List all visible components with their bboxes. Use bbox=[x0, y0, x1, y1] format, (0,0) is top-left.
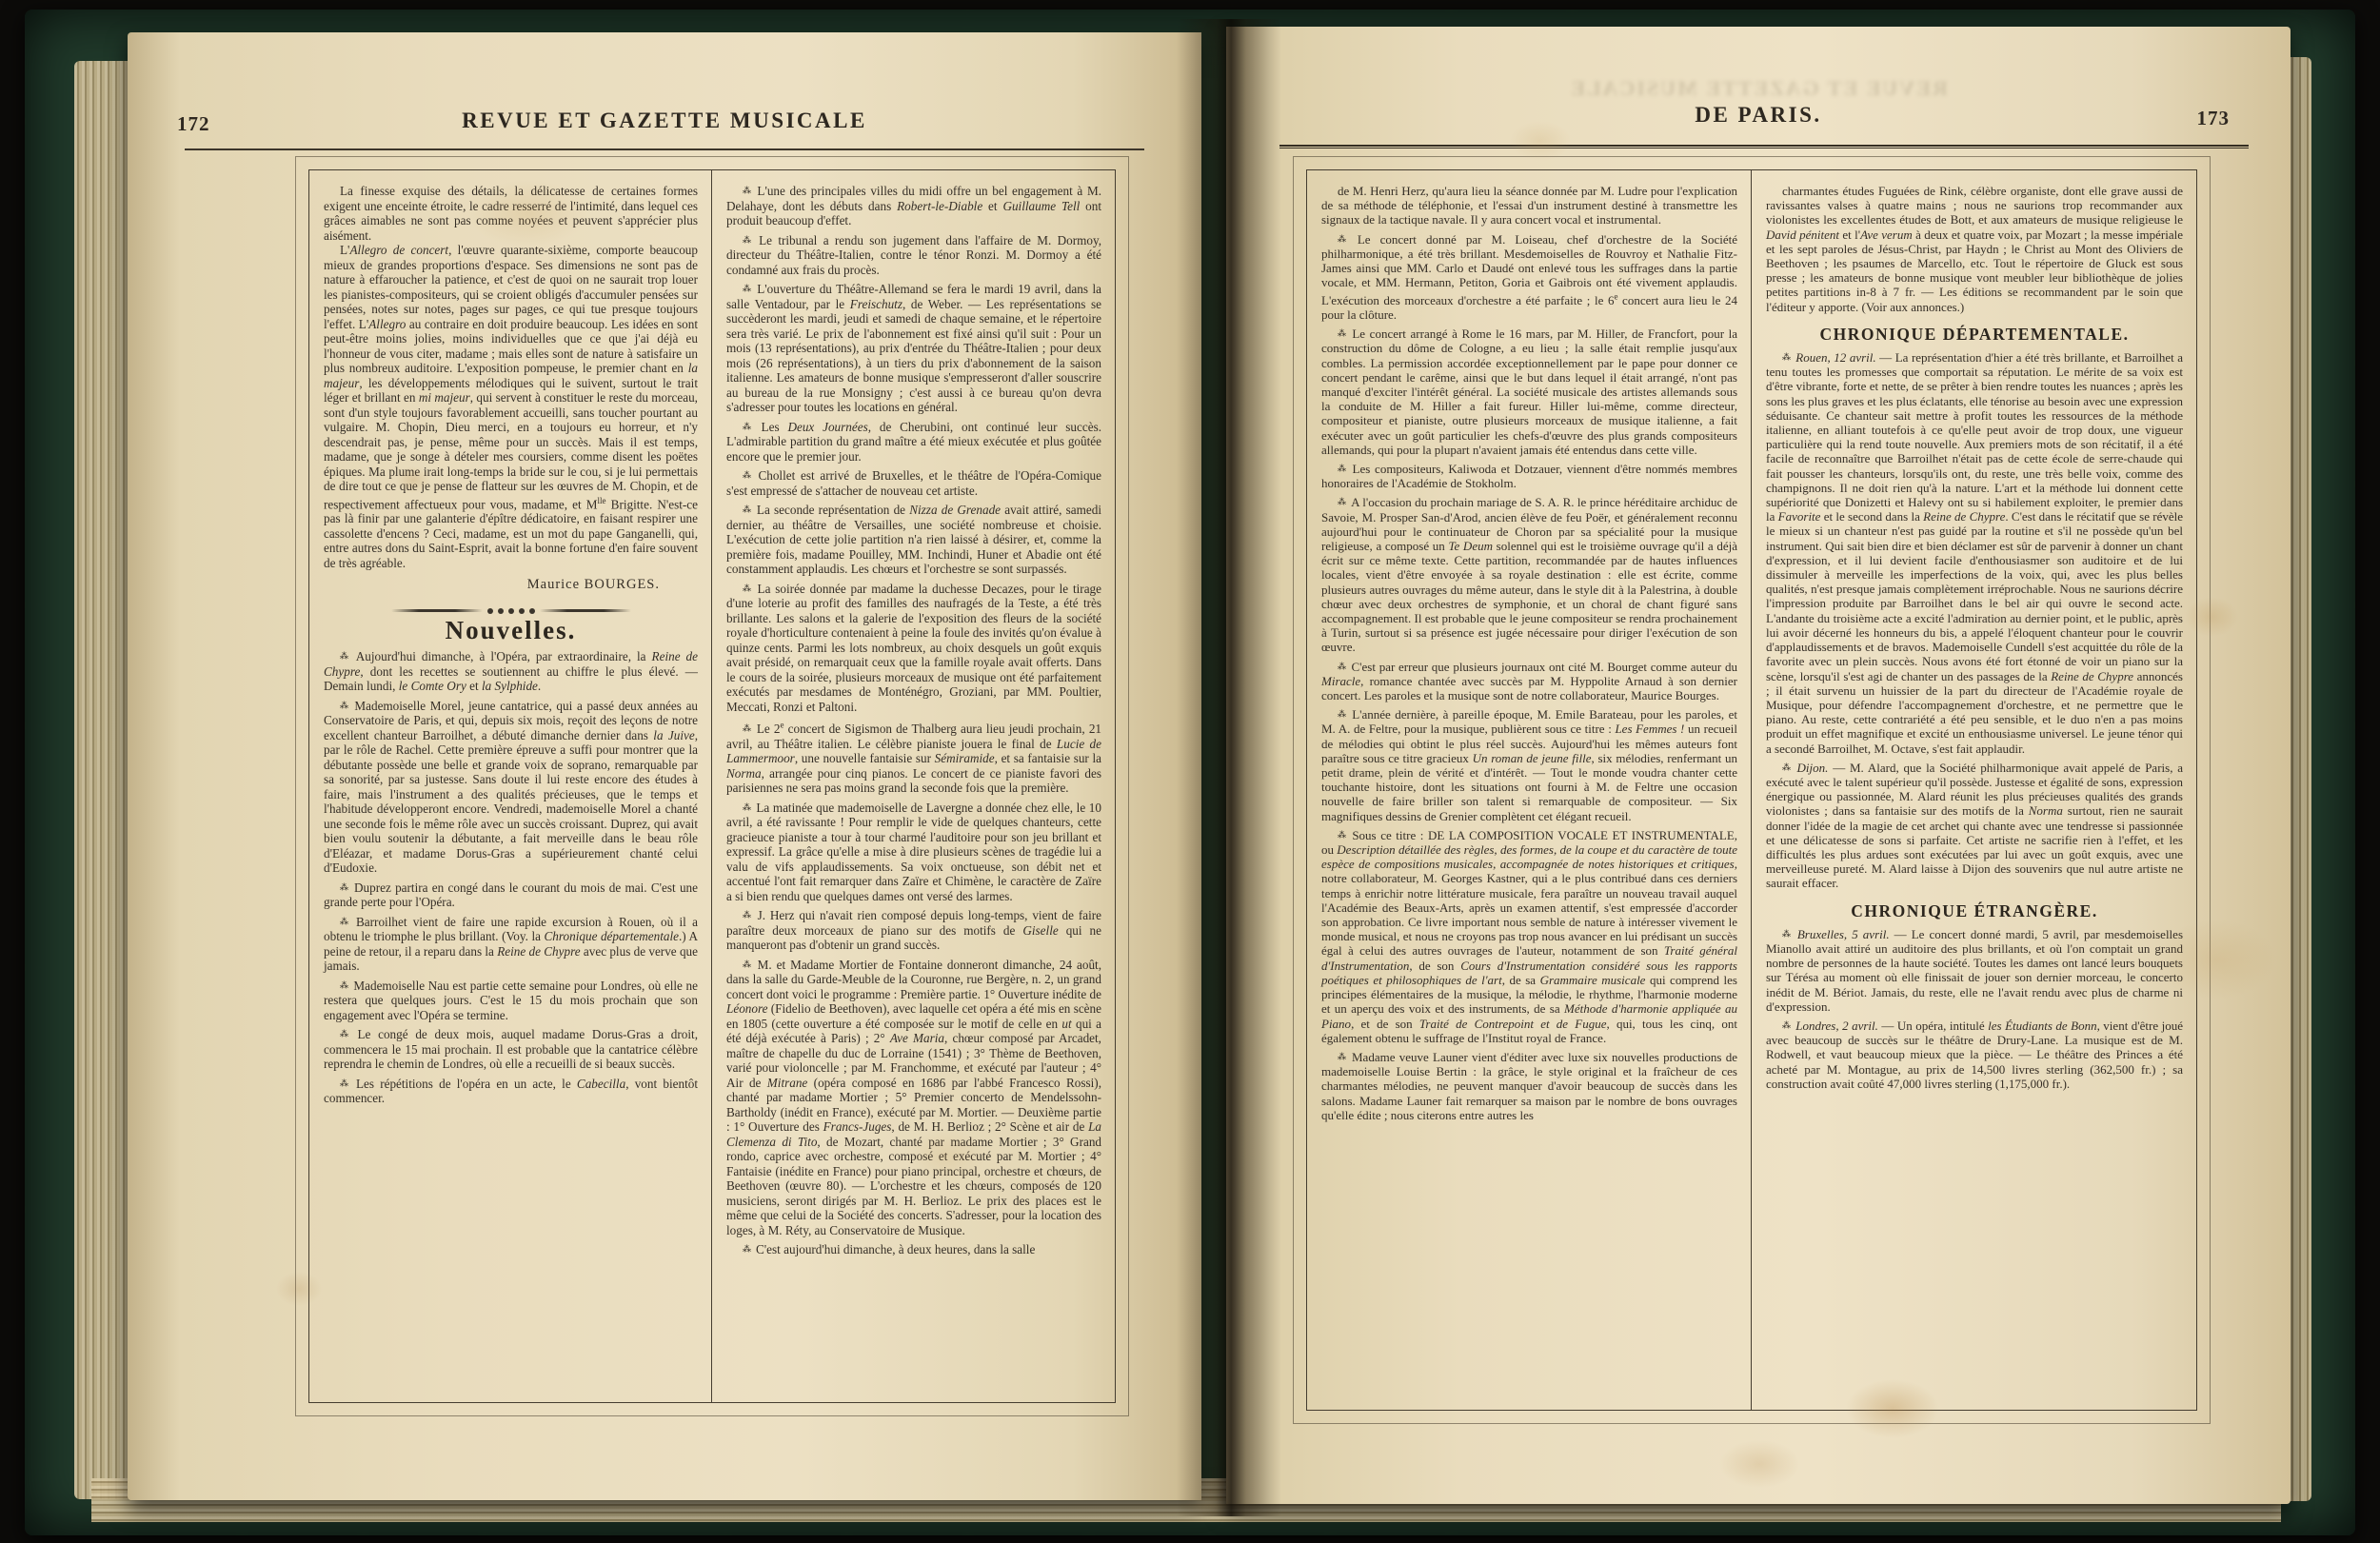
ornament-dot bbox=[498, 608, 504, 614]
news-item: ⁂Le 2e concert de Sigismon de Thalberg a… bbox=[726, 719, 1101, 796]
chronicle-item: ⁂Rouen, 12 avril. — La représentation d'… bbox=[1766, 350, 2183, 756]
news-item: ⁂C'est aujourd'hui dimanche, à deux heur… bbox=[726, 1242, 1101, 1257]
news-item-text: Le tribunal a rendu son jugement dans l'… bbox=[726, 233, 1101, 277]
right-text-frame: de M. Henri Herz, qu'aura lieu la séance… bbox=[1306, 169, 2197, 1411]
asterism-mark: ⁂ bbox=[743, 186, 753, 195]
asterism-mark: ⁂ bbox=[1782, 352, 1792, 362]
news-item: ⁂A l'occasion du prochain mariage de S. … bbox=[1321, 495, 1737, 654]
news-item-text: L'ouverture du Théâtre-Allemand se fera … bbox=[726, 282, 1101, 414]
left-column-2: ⁂L'une des principales villes du midi of… bbox=[712, 170, 1115, 1402]
right-page-header: REVUE ET GAZETTE MUSICALE DE PARIS. 173 bbox=[1226, 27, 2291, 139]
header-rule-right bbox=[1279, 145, 2249, 148]
news-item-text: Madame veuve Launer vient d'éditer avec … bbox=[1321, 1050, 1737, 1122]
asterism-mark: ⁂ bbox=[340, 917, 352, 926]
asterism-mark: ⁂ bbox=[1338, 328, 1348, 338]
asterism-mark: ⁂ bbox=[1782, 762, 1794, 772]
asterism-mark: ⁂ bbox=[743, 1244, 752, 1254]
asterism-mark: ⁂ bbox=[743, 723, 753, 733]
article-signature: Maurice BOURGES. bbox=[324, 578, 660, 593]
news-item-text: Barroilhet vient de faire une rapide exc… bbox=[324, 915, 698, 974]
ornament-bar bbox=[540, 609, 631, 612]
ornament-dot bbox=[487, 608, 493, 614]
news-item: ⁂M. et Madame Mortier de Fontaine donner… bbox=[726, 958, 1101, 1238]
asterism-mark: ⁂ bbox=[340, 980, 349, 990]
running-title-left: REVUE ET GAZETTE MUSICALE bbox=[128, 109, 1201, 133]
news-item-text: Le concert arrangé à Rome le 16 mars, pa… bbox=[1321, 326, 1737, 457]
asterism-mark: ⁂ bbox=[1338, 497, 1347, 506]
news-item-text: Aujourd'hui dimanche, à l'Opéra, par ext… bbox=[324, 649, 698, 693]
asterism-mark: ⁂ bbox=[743, 504, 753, 514]
news-item: ⁂Mademoiselle Nau est partie cette semai… bbox=[324, 979, 698, 1023]
chronicle-item-text: Londres, 2 avril. — Un opéra, intitulé l… bbox=[1766, 1019, 2183, 1091]
news-item: ⁂La seconde représentation de Nizza de G… bbox=[726, 503, 1101, 577]
ornament-dot bbox=[529, 608, 535, 614]
news-item-text: Mademoiselle Nau est partie cette semain… bbox=[324, 979, 698, 1022]
asterism-mark: ⁂ bbox=[743, 910, 754, 920]
chronique-etrangere-heading: CHRONIQUE ÉTRANGÈRE. bbox=[1766, 904, 2183, 919]
chronicle-item-text: Rouen, 12 avril. — La représentation d'h… bbox=[1766, 350, 2183, 755]
article-paragraph: La finesse exquise des détails, la délic… bbox=[324, 184, 698, 243]
article-paragraph: L'Allegro de concert, l'œuvre quarante-s… bbox=[324, 243, 698, 570]
asterism-mark: ⁂ bbox=[1782, 1020, 1792, 1030]
news-item-text: La seconde représentation de Nizza de Gr… bbox=[726, 503, 1101, 576]
running-title-right: DE PARIS. bbox=[1226, 103, 2291, 128]
asterism-mark: ⁂ bbox=[340, 1078, 352, 1088]
news-item: ⁂Duprez partira en congé dans le courant… bbox=[324, 880, 698, 910]
news-item: ⁂Chollet est arrivé de Bruxelles, et le … bbox=[726, 468, 1101, 498]
section-divider-ornament bbox=[324, 608, 698, 614]
chronicle-item-text: Dijon. — M. Alard, que la Société philha… bbox=[1766, 761, 2183, 891]
asterism-mark: ⁂ bbox=[1338, 709, 1348, 719]
asterism-mark: ⁂ bbox=[1338, 662, 1348, 671]
chronique-departementale-heading: CHRONIQUE DÉPARTEMENTALE. bbox=[1766, 327, 2183, 342]
news-item-text: J. Herz qui n'avait rien composé depuis … bbox=[726, 908, 1101, 952]
ornament-dot bbox=[508, 608, 514, 614]
chronicle-item-text: Bruxelles, 5 avril. — Le concert donné m… bbox=[1766, 927, 2183, 1014]
left-column-1: La finesse exquise des détails, la délic… bbox=[309, 170, 712, 1402]
asterism-mark: ⁂ bbox=[1338, 234, 1354, 244]
ornament-bar bbox=[391, 609, 483, 612]
right-column-2: charmantes études Fuguées de Rink, célèb… bbox=[1752, 170, 2196, 1410]
asterism-mark: ⁂ bbox=[340, 651, 352, 661]
news-item: ⁂L'année dernière, à pareille époque, M.… bbox=[1321, 707, 1737, 823]
continuation-paragraph: de M. Henri Herz, qu'aura lieu la séance… bbox=[1321, 184, 1737, 227]
news-item-text: Sous ce titre : DE LA COMPOSITION VOCALE… bbox=[1321, 828, 1737, 1045]
bleed-through-ghost-text: REVUE ET GAZETTE MUSICALE bbox=[1226, 76, 2291, 101]
continuation-paragraph: charmantes études Fuguées de Rink, célèb… bbox=[1766, 184, 2183, 314]
news-item-text: La matinée que mademoiselle de Lavergne … bbox=[726, 801, 1101, 903]
asterism-mark: ⁂ bbox=[743, 284, 753, 293]
news-item: ⁂Aujourd'hui dimanche, à l'Opéra, par ex… bbox=[324, 649, 698, 694]
news-item-text: M. et Madame Mortier de Fontaine donnero… bbox=[726, 958, 1101, 1237]
page-number-right: 173 bbox=[2197, 107, 2231, 130]
news-item: ⁂Barroilhet vient de faire une rapide ex… bbox=[324, 915, 698, 974]
news-item-text: Les compositeurs, Kaliwoda et Dotzauer, … bbox=[1321, 462, 1737, 490]
news-item: ⁂Les répétitions de l'opéra en un acte, … bbox=[324, 1077, 698, 1106]
news-item: ⁂Le concert donné par M. Loiseau, chef d… bbox=[1321, 232, 1737, 323]
news-item-text: Le 2e concert de Sigismon de Thalberg au… bbox=[726, 722, 1101, 795]
left-text-frame: La finesse exquise des détails, la délic… bbox=[308, 169, 1116, 1403]
news-item: ⁂L'une des principales villes du midi of… bbox=[726, 184, 1101, 228]
news-item: ⁂La soirée donnée par madame la duchesse… bbox=[726, 582, 1101, 715]
chronicle-item: ⁂Londres, 2 avril. — Un opéra, intitulé … bbox=[1766, 1019, 2183, 1091]
news-item-text: La soirée donnée par madame la duchesse … bbox=[726, 582, 1101, 714]
news-item: ⁂Le congé de deux mois, auquel madame Do… bbox=[324, 1027, 698, 1072]
asterism-mark: ⁂ bbox=[340, 701, 350, 710]
news-item-text: Mademoiselle Morel, jeune cantatrice, qu… bbox=[324, 699, 698, 876]
nouvelles-heading: Nouvelles. bbox=[324, 623, 698, 639]
chronicle-item: ⁂Dijon. — M. Alard, que la Société philh… bbox=[1766, 761, 2183, 891]
news-item: ⁂Les compositeurs, Kaliwoda et Dotzauer,… bbox=[1321, 462, 1737, 490]
news-item: ⁂C'est par erreur que plusieurs journaux… bbox=[1321, 660, 1737, 703]
scanned-journal-spread: 172 REVUE ET GAZETTE MUSICALE La finesse… bbox=[0, 0, 2380, 1543]
news-item: ⁂La matinée que mademoiselle de Lavergne… bbox=[726, 801, 1101, 904]
asterism-mark: ⁂ bbox=[1338, 830, 1348, 840]
news-item-text: C'est par erreur que plusieurs journaux … bbox=[1321, 660, 1737, 702]
news-item: ⁂Mademoiselle Morel, jeune cantatrice, q… bbox=[324, 699, 698, 876]
asterism-mark: ⁂ bbox=[743, 422, 758, 431]
asterism-mark: ⁂ bbox=[743, 470, 754, 480]
news-item-text: L'année dernière, à pareille époque, M. … bbox=[1321, 707, 1737, 822]
asterism-mark: ⁂ bbox=[743, 584, 754, 593]
news-item: ⁂Les Deux Journées, de Cherubini, ont co… bbox=[726, 420, 1101, 465]
news-item: ⁂Sous ce titre : DE LA COMPOSITION VOCAL… bbox=[1321, 828, 1737, 1045]
news-item-text: Le congé de deux mois, auquel madame Dor… bbox=[324, 1027, 698, 1071]
asterism-mark: ⁂ bbox=[340, 882, 350, 892]
left-page: 172 REVUE ET GAZETTE MUSICALE La finesse… bbox=[128, 32, 1201, 1500]
news-item-text: Chollet est arrivé de Bruxelles, et le t… bbox=[726, 468, 1101, 498]
news-item-text: L'une des principales villes du midi off… bbox=[726, 184, 1101, 227]
chronicle-item: ⁂Bruxelles, 5 avril. — Le concert donné … bbox=[1766, 927, 2183, 1014]
news-item-text: C'est aujourd'hui dimanche, à deux heure… bbox=[756, 1242, 1035, 1256]
right-column-1: de M. Henri Herz, qu'aura lieu la séance… bbox=[1307, 170, 1752, 1410]
asterism-mark: ⁂ bbox=[1782, 929, 1794, 939]
news-item: ⁂Madame veuve Launer vient d'éditer avec… bbox=[1321, 1050, 1737, 1122]
left-page-header: 172 REVUE ET GAZETTE MUSICALE bbox=[128, 32, 1201, 145]
right-page: REVUE ET GAZETTE MUSICALE DE PARIS. 173 … bbox=[1226, 27, 2291, 1504]
news-item-text: Duprez partira en congé dans le courant … bbox=[324, 880, 698, 910]
asterism-mark: ⁂ bbox=[743, 959, 754, 969]
news-item: ⁂L'ouverture du Théâtre-Allemand se fera… bbox=[726, 282, 1101, 415]
asterism-mark: ⁂ bbox=[1338, 1052, 1348, 1061]
asterism-mark: ⁂ bbox=[1338, 464, 1349, 473]
asterism-mark: ⁂ bbox=[743, 802, 752, 812]
news-item-text: A l'occasion du prochain mariage de S. A… bbox=[1321, 495, 1737, 654]
news-item: ⁂Le concert arrangé à Rome le 16 mars, p… bbox=[1321, 326, 1737, 457]
asterism-mark: ⁂ bbox=[340, 1029, 353, 1039]
news-item-text: Les Deux Journées, de Cherubini, ont con… bbox=[726, 420, 1101, 464]
news-item-text: Les répétitions de l'opéra en un acte, l… bbox=[324, 1077, 698, 1106]
news-item: ⁂Le tribunal a rendu son jugement dans l… bbox=[726, 233, 1101, 278]
ornament-dot bbox=[519, 608, 525, 614]
news-item-text: Le concert donné par M. Loiseau, chef d'… bbox=[1321, 232, 1737, 322]
page-edge-stack-left bbox=[74, 61, 133, 1499]
news-item: ⁂J. Herz qui n'avait rien composé depuis… bbox=[726, 908, 1101, 953]
header-rule-left bbox=[185, 148, 1144, 150]
asterism-mark: ⁂ bbox=[743, 235, 755, 245]
